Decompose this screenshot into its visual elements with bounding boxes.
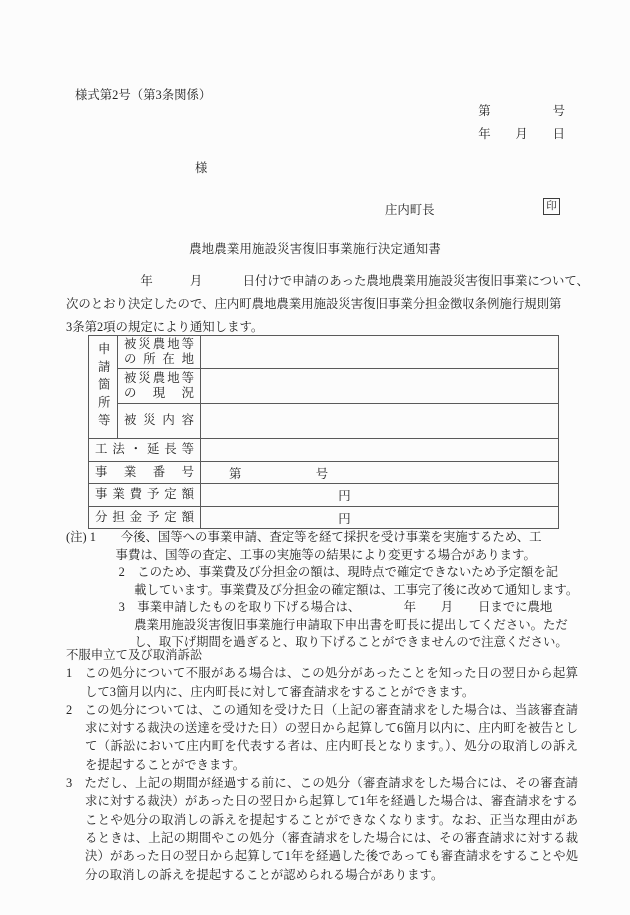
document-page: 様式第2号（第3条関係） 第 号 年 月 日 様 庄内町長 印 農地農業用施設災… bbox=[0, 0, 630, 915]
table-row-label: 被災農地等の現況 bbox=[118, 369, 201, 404]
issuer-title: 庄内町長 bbox=[385, 200, 435, 218]
table-row-label: 工法・延長等 bbox=[89, 439, 201, 462]
group-label-cell: 申請箇所等 bbox=[89, 336, 118, 439]
page-title: 農地農業用施設災害復旧事業施行決定通知書 bbox=[0, 239, 630, 257]
appeal-item: 1この処分について不服がある場合は、この処分があったことを知った日の翌日から起算… bbox=[66, 664, 578, 701]
appeal-item: 2この処分については、この通知を受けた日（上記の審査請求をした場合は、当該審査請… bbox=[66, 701, 578, 774]
appeal-item-text: この処分については、この通知を受けた日（上記の審査請求をした場合は、当該審査請求… bbox=[84, 703, 578, 772]
appeal-section: 不服申立て及び取消訴訟 1この処分について不服がある場合は、この処分があったこと… bbox=[66, 646, 578, 884]
table-row: 被災農地等の現況 bbox=[89, 369, 559, 404]
seal-label: 印 bbox=[546, 201, 557, 212]
table-row-label: 事業番号 bbox=[89, 462, 201, 484]
table-row: 分担金予定額 円 bbox=[89, 507, 559, 529]
notes-block: (注) 1 今後、国等への事業申請、査定等を経て採択を受け事業を実施するため、工… bbox=[66, 529, 611, 652]
notification-body: 年 月 日付けで申請のあった農地農業用施設災害復旧事業について、 次のとおり決定… bbox=[66, 270, 593, 338]
appeal-item-text: この処分について不服がある場合は、この処分があったことを知った日の翌日から起算し… bbox=[84, 666, 578, 698]
seal-box: 印 bbox=[543, 198, 560, 215]
table-row-label: 被災農地等の所在地 bbox=[118, 336, 201, 369]
addressee-honorific: 様 bbox=[195, 158, 207, 176]
appeal-heading: 不服申立て及び取消訴訟 bbox=[66, 646, 578, 664]
application-table: 申請箇所等 被災農地等の所在地 被災農地等の現況 被災内容 工法・延長等 事業番… bbox=[88, 335, 559, 529]
table-row-value bbox=[201, 336, 559, 369]
table-row: 被災内容 bbox=[89, 404, 559, 439]
document-number-line: 第 号 bbox=[420, 101, 565, 119]
table-row-value bbox=[201, 369, 559, 404]
appeal-item-text: ただし、上記の期間が経過する前に、この処分（審査請求をした場合には、その審査請求… bbox=[84, 776, 578, 881]
table-row-label: 事業費予定額 bbox=[89, 484, 201, 507]
table-row-value bbox=[201, 404, 559, 439]
appeal-item: 3ただし、上記の期間が経過する前に、この処分（審査請求をした場合には、その審査請… bbox=[66, 774, 578, 884]
group-label-vertical: 申請箇所等 bbox=[97, 342, 109, 432]
table-row: 工法・延長等 bbox=[89, 439, 559, 462]
table-row: 事業費予定額 円 bbox=[89, 484, 559, 507]
form-number: 様式第2号（第3条関係） bbox=[75, 85, 211, 103]
table-row-value: 円 bbox=[201, 507, 559, 529]
table-row-label: 被災内容 bbox=[118, 404, 201, 439]
appeal-item-number: 3 bbox=[66, 776, 72, 790]
table-row-value bbox=[201, 439, 559, 462]
table-row: 事業番号 第 号 bbox=[89, 462, 559, 484]
table-row-label: 分担金予定額 bbox=[89, 507, 201, 529]
table-row-value: 第 号 bbox=[201, 462, 559, 484]
table-row: 申請箇所等 被災農地等の所在地 bbox=[89, 336, 559, 369]
appeal-item-number: 2 bbox=[66, 703, 72, 717]
appeal-item-number: 1 bbox=[66, 666, 72, 680]
table-row-value: 円 bbox=[201, 484, 559, 507]
date-line: 年 月 日 bbox=[420, 124, 565, 142]
